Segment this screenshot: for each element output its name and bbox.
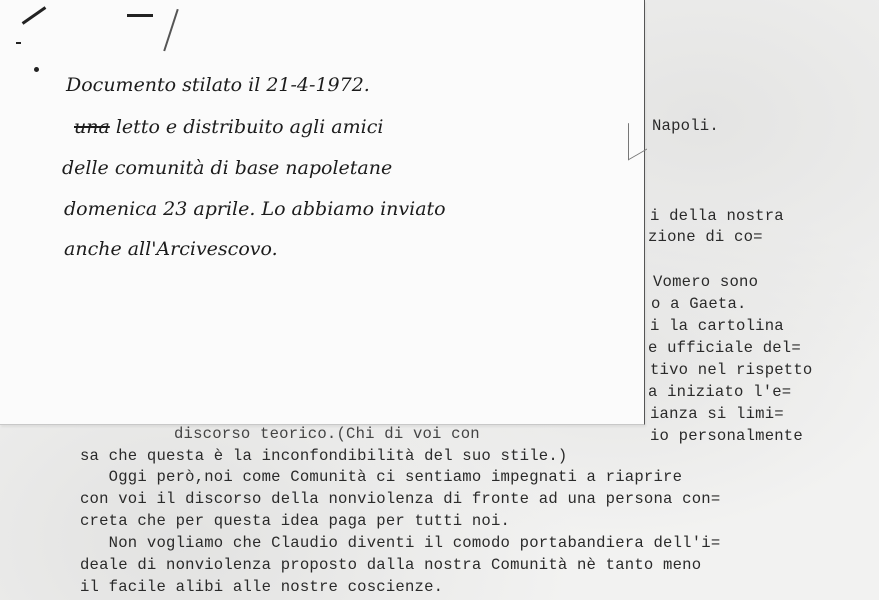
typed-body-line: sa che questa è la inconfondibilità del … <box>80 446 567 468</box>
pen-mark <box>16 42 21 44</box>
typed-body-line: con voi il discorso della nonviolenza di… <box>80 489 720 511</box>
typed-line: Vomero sono <box>653 272 758 294</box>
typed-line: a iniziato l'e= <box>648 382 791 404</box>
handwritten-text: letto e distribuito agli amici <box>116 116 384 138</box>
typed-line: e ufficiale del= <box>648 338 801 360</box>
typed-body-line: deale di nonviolenza proposto dalla nost… <box>80 555 701 577</box>
typed-line: i la cartolina <box>650 316 784 338</box>
typed-line-napoli: Napoli. <box>652 116 719 138</box>
typed-body-line: Oggi però,noi come Comunità ci sentiamo … <box>80 467 682 489</box>
typed-body-line: il facile alibi alle nostre coscienze. <box>80 577 443 599</box>
typed-line: io personalmente <box>650 426 803 448</box>
handwritten-line: domenica 23 aprile. Lo abbiamo inviato <box>64 198 446 220</box>
typed-line: ianza si limi= <box>650 404 784 426</box>
pen-mark <box>34 67 39 72</box>
typed-body-line: Non vogliamo che Claudio diventi il como… <box>80 533 720 555</box>
struck-word: una <box>74 116 110 138</box>
pen-mark <box>127 14 153 17</box>
typed-line: tivo nel rispetto <box>650 360 812 382</box>
typed-line: zione di co= <box>648 227 763 249</box>
handwritten-line: Documento stilato il 21-4-1972. <box>66 74 370 96</box>
typed-body-line: creta che per questa idea paga per tutti… <box>80 511 510 533</box>
typed-line: o a Gaeta. <box>651 294 747 316</box>
handwritten-line: delle comunità di base napoletane <box>62 157 392 179</box>
typed-body-line: discorso teorico.(Chi di voi con <box>174 424 480 446</box>
handwritten-line: una letto e distribuito agli amici <box>74 116 383 138</box>
handwritten-line: anche all'Arcivescovo. <box>64 238 278 260</box>
typed-line: i della nostra <box>650 206 784 228</box>
